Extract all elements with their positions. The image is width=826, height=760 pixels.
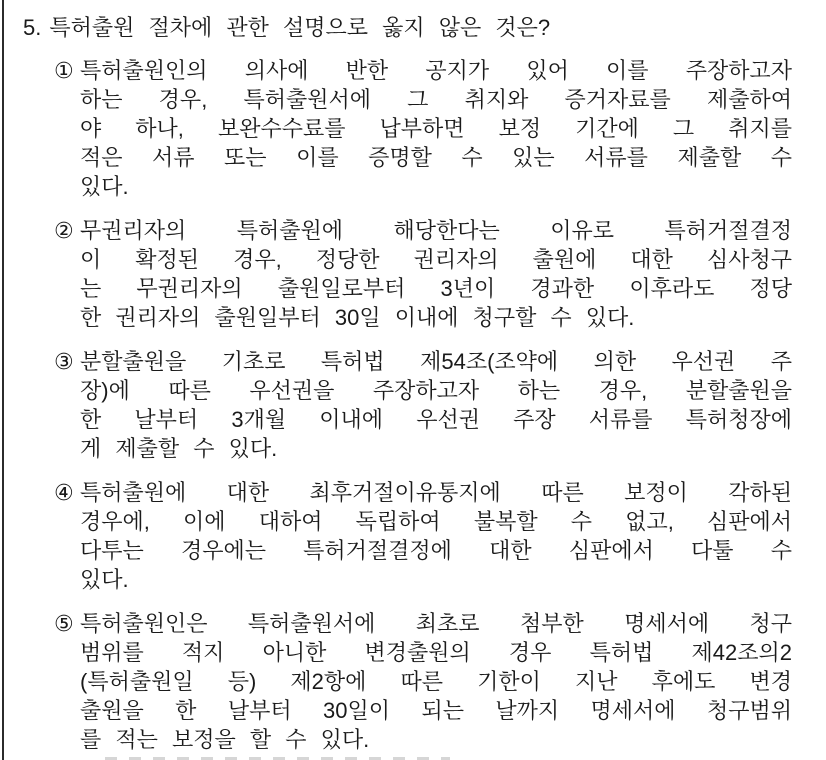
option-line: 한 날부터 3개월 이내에 우선권 주장 서류를 특허청장에	[80, 405, 792, 434]
option-line: 를 적는 보정을 할 수 있다.	[80, 725, 792, 754]
options-list: ①특허출원인의 의사에 반한 공지가 있어 이를 주장하고자하는 경우, 특허출…	[0, 56, 826, 754]
option-line: 무권리자의 특허출원에 해당한다는 이유로 특허거절결정	[80, 216, 792, 245]
option-line: 야 하나, 보완수수료를 납부하면 보정 기간에 그 취지를	[80, 114, 792, 143]
option-line: 있다.	[80, 565, 792, 594]
option-line: 특허출원인은 특허출원서에 최초로 첨부한 명세서에 청구	[80, 609, 792, 638]
option-item: ⑤특허출원인은 특허출원서에 최초로 첨부한 명세서에 청구범위를 적지 아니한…	[80, 609, 792, 754]
option-item: ④특허출원에 대한 최후거절이유통지에 따른 보정이 각하된경우에, 이에 대하…	[80, 478, 792, 594]
option-line: 범위를 적지 아니한 변경출원의 경우 특허법 제42조의2	[80, 638, 792, 667]
option-line: (특허출원일 등) 제2항에 따른 기한이 지난 후에도 변경	[80, 667, 792, 696]
option-line: 특허출원에 대한 최후거절이유통지에 따른 보정이 각하된	[80, 478, 792, 507]
option-item: ②무권리자의 특허출원에 해당한다는 이유로 특허거절결정이 확정된 경우, 정…	[80, 216, 792, 332]
option-line: 경우에, 이에 대하여 독립하여 불복할 수 없고, 심판에서	[80, 507, 792, 536]
option-line: 출원을 한 날부터 30일이 되는 날까지 명세서에 청구범위	[80, 696, 792, 725]
option-text: 분할출원을 기초로 특허법 제54조(조약에 의한 우선권 주장)에 따른 우선…	[80, 347, 792, 463]
option-marker-icon: ③	[54, 347, 74, 376]
option-marker-icon: ②	[54, 216, 74, 245]
option-line: 이 확정된 경우, 정당한 권리자의 출원에 대한 심사청구	[80, 245, 792, 274]
question-title: 5.특허출원 절차에 관한 설명으로 옳지 않은 것은?	[23, 13, 826, 42]
left-border-rule	[2, 0, 4, 760]
option-marker-icon: ⑤	[54, 609, 74, 638]
option-text: 특허출원인의 의사에 반한 공지가 있어 이를 주장하고자하는 경우, 특허출원…	[80, 56, 792, 201]
option-marker-icon: ①	[54, 56, 74, 85]
question-block: 5.특허출원 절차에 관한 설명으로 옳지 않은 것은? ①특허출원인의 의사에…	[0, 0, 826, 754]
option-line: 특허출원인의 의사에 반한 공지가 있어 이를 주장하고자	[80, 56, 792, 85]
option-item: ①특허출원인의 의사에 반한 공지가 있어 이를 주장하고자하는 경우, 특허출…	[80, 56, 792, 201]
option-line: 게 제출할 수 있다.	[80, 434, 792, 463]
option-line: 장)에 따른 우선권을 주장하고자 하는 경우, 분할출원을	[80, 376, 792, 405]
exam-question-page: 5.특허출원 절차에 관한 설명으로 옳지 않은 것은? ①특허출원인의 의사에…	[0, 0, 826, 760]
option-marker-icon: ④	[54, 478, 74, 507]
option-text: 특허출원에 대한 최후거절이유통지에 따른 보정이 각하된경우에, 이에 대하여…	[80, 478, 792, 594]
option-text: 특허출원인은 특허출원서에 최초로 첨부한 명세서에 청구범위를 적지 아니한 …	[80, 609, 792, 754]
option-line: 한 권리자의 출원일부터 30일 이내에 청구할 수 있다.	[80, 303, 792, 332]
option-line: 분할출원을 기초로 특허법 제54조(조약에 의한 우선권 주	[80, 347, 792, 376]
option-line: 하는 경우, 특허출원서에 그 취지와 증거자료를 제출하여	[80, 85, 792, 114]
option-item: ③분할출원을 기초로 특허법 제54조(조약에 의한 우선권 주장)에 따른 우…	[80, 347, 792, 463]
option-text: 무권리자의 특허출원에 해당한다는 이유로 특허거절결정이 확정된 경우, 정당…	[80, 216, 792, 332]
option-line: 있다.	[80, 172, 792, 201]
option-line: 다투는 경우에는 특허거절결정에 대한 심판에서 다툴 수	[80, 536, 792, 565]
question-title-text: 특허출원 절차에 관한 설명으로 옳지 않은 것은?	[49, 15, 550, 40]
option-line: 적은 서류 또는 이를 증명할 수 있는 서류를 제출할 수	[80, 143, 792, 172]
question-number: 5.	[23, 13, 41, 42]
option-line: 는 무권리자의 출원일로부터 3년이 경과한 이후라도 정당	[80, 274, 792, 303]
